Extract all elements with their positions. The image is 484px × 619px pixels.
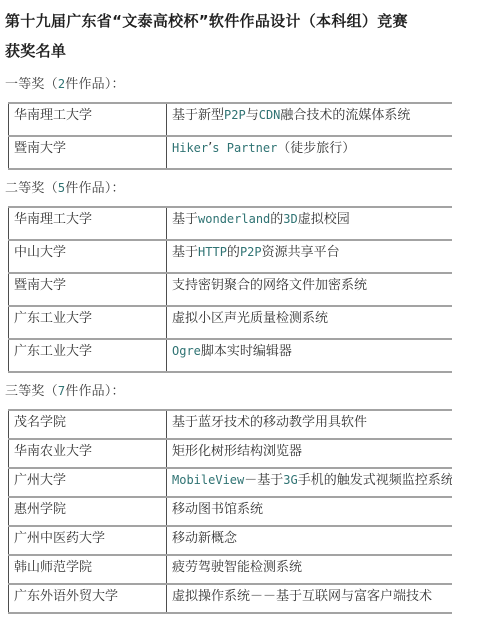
table-row: 广东工业大学 Ogre脚本实时编辑器 (9, 339, 453, 372)
award-section-third-prize: 三等奖（7件作品）： 茂名学院 基于蓝牙技术的移动教学用具软件 华南农业大学 矩… (5, 383, 479, 614)
table-row: 广东外语外贸大学 虚拟操作系统－－基于互联网与富客户端技术 (9, 584, 453, 613)
table-row: 华南理工大学 基于wonderland的3D虚拟校园 (9, 207, 453, 240)
section-heading-second-prize: 二等奖（5件作品）： (5, 180, 479, 197)
page-title: 第十九届广东省“文泰高校杯”软件作品设计（本科组）竞赛 获奖名单 (5, 6, 479, 66)
school-cell: 中山大学 (9, 240, 167, 273)
section-heading-first-prize: 一等奖（2件作品）： (5, 76, 479, 93)
work-cell: 虚拟操作系统－－基于互联网与富客户端技术 (167, 584, 453, 613)
work-cell: 基于新型P2P与CDN融合技术的流媒体系统 (167, 103, 453, 136)
table-row: 中山大学 基于HTTP的P2P资源共享平台 (9, 240, 453, 273)
ascii-text-run: wonderland (198, 212, 270, 226)
school-cell: 广州大学 (9, 468, 167, 497)
page-title-line-2: 获奖名单 (5, 36, 479, 66)
table-row: 暨南大学 支持密钥聚合的网络文件加密系统 (9, 273, 453, 306)
awards-table-first-prize: 华南理工大学 基于新型P2P与CDN融合技术的流媒体系统 暨南大学 Hiker’… (8, 102, 452, 170)
school-cell: 广东工业大学 (9, 306, 167, 339)
work-cell: 基于蓝牙技术的移动教学用具软件 (167, 410, 453, 439)
ascii-text-run: Hiker (172, 141, 208, 155)
school-cell: 广东工业大学 (9, 339, 167, 372)
work-cell: 基于HTTP的P2P资源共享平台 (167, 240, 453, 273)
table-row: 惠州学院 移动图书馆系统 (9, 497, 453, 526)
school-cell: 华南理工大学 (9, 103, 167, 136)
ascii-text-run: 5 (58, 181, 65, 195)
awards-table-third-prize: 茂名学院 基于蓝牙技术的移动教学用具软件 华南农业大学 矩形化树形结构浏览器 广… (8, 409, 452, 614)
work-cell: 矩形化树形结构浏览器 (167, 439, 453, 468)
school-cell: 茂名学院 (9, 410, 167, 439)
work-cell: 移动图书馆系统 (167, 497, 453, 526)
work-cell: 基于wonderland的3D虚拟校园 (167, 207, 453, 240)
ascii-text-run: Ogre (172, 344, 201, 358)
table-row: 韩山师范学院 疲劳驾驶智能检测系统 (9, 555, 453, 584)
page-title-line-1: 第十九届广东省“文泰高校杯”软件作品设计（本科组）竞赛 (5, 6, 479, 36)
ascii-text-run: 3G (283, 473, 297, 487)
work-cell: 疲劳驾驶智能检测系统 (167, 555, 453, 584)
work-cell: Hiker’s Partner（徒步旅行） (167, 136, 453, 169)
ascii-text-run: 7 (58, 384, 65, 398)
ascii-text-run: P2P (240, 245, 262, 259)
table-row: 茂名学院 基于蓝牙技术的移动教学用具软件 (9, 410, 453, 439)
school-cell: 暨南大学 (9, 136, 167, 169)
document: 第十九届广东省“文泰高校杯”软件作品设计（本科组）竞赛 获奖名单 一等奖（2件作… (0, 0, 484, 614)
work-cell: MobileView－基于3G手机的触发式视频监控系统 (167, 468, 453, 497)
table-row: 暨南大学 Hiker’s Partner（徒步旅行） (9, 136, 453, 169)
school-cell: 广州中医药大学 (9, 526, 167, 555)
section-heading-third-prize: 三等奖（7件作品）： (5, 383, 479, 400)
ascii-text-run: 2 (58, 77, 65, 91)
school-cell: 华南农业大学 (9, 439, 167, 468)
school-cell: 惠州学院 (9, 497, 167, 526)
work-cell: 移动新概念 (167, 526, 453, 555)
ascii-text-run: MobileView (172, 473, 244, 487)
ascii-text-run: CDN (259, 108, 281, 122)
ascii-text-run: P2P (224, 108, 246, 122)
ascii-text-run: 3D (283, 212, 297, 226)
table-row: 广州中医药大学 移动新概念 (9, 526, 453, 555)
table-row: 华南农业大学 矩形化树形结构浏览器 (9, 439, 453, 468)
ascii-text-run: s Partner (212, 141, 277, 155)
school-cell: 广东外语外贸大学 (9, 584, 167, 613)
school-cell: 华南理工大学 (9, 207, 167, 240)
table-row: 华南理工大学 基于新型P2P与CDN融合技术的流媒体系统 (9, 103, 453, 136)
awards-table-second-prize: 华南理工大学 基于wonderland的3D虚拟校园 中山大学 基于HTTP的P… (8, 206, 452, 373)
ascii-text-run: HTTP (198, 245, 227, 259)
table-row: 广州大学 MobileView－基于3G手机的触发式视频监控系统 (9, 468, 453, 497)
award-section-first-prize: 一等奖（2件作品）： 华南理工大学 基于新型P2P与CDN融合技术的流媒体系统 … (5, 76, 479, 170)
work-cell: 支持密钥聚合的网络文件加密系统 (167, 273, 453, 306)
school-cell: 韩山师范学院 (9, 555, 167, 584)
table-row: 广东工业大学 虚拟小区声光质量检测系统 (9, 306, 453, 339)
award-section-second-prize: 二等奖（5件作品）： 华南理工大学 基于wonderland的3D虚拟校园 中山… (5, 180, 479, 373)
school-cell: 暨南大学 (9, 273, 167, 306)
work-cell: 虚拟小区声光质量检测系统 (167, 306, 453, 339)
work-cell: Ogre脚本实时编辑器 (167, 339, 453, 372)
